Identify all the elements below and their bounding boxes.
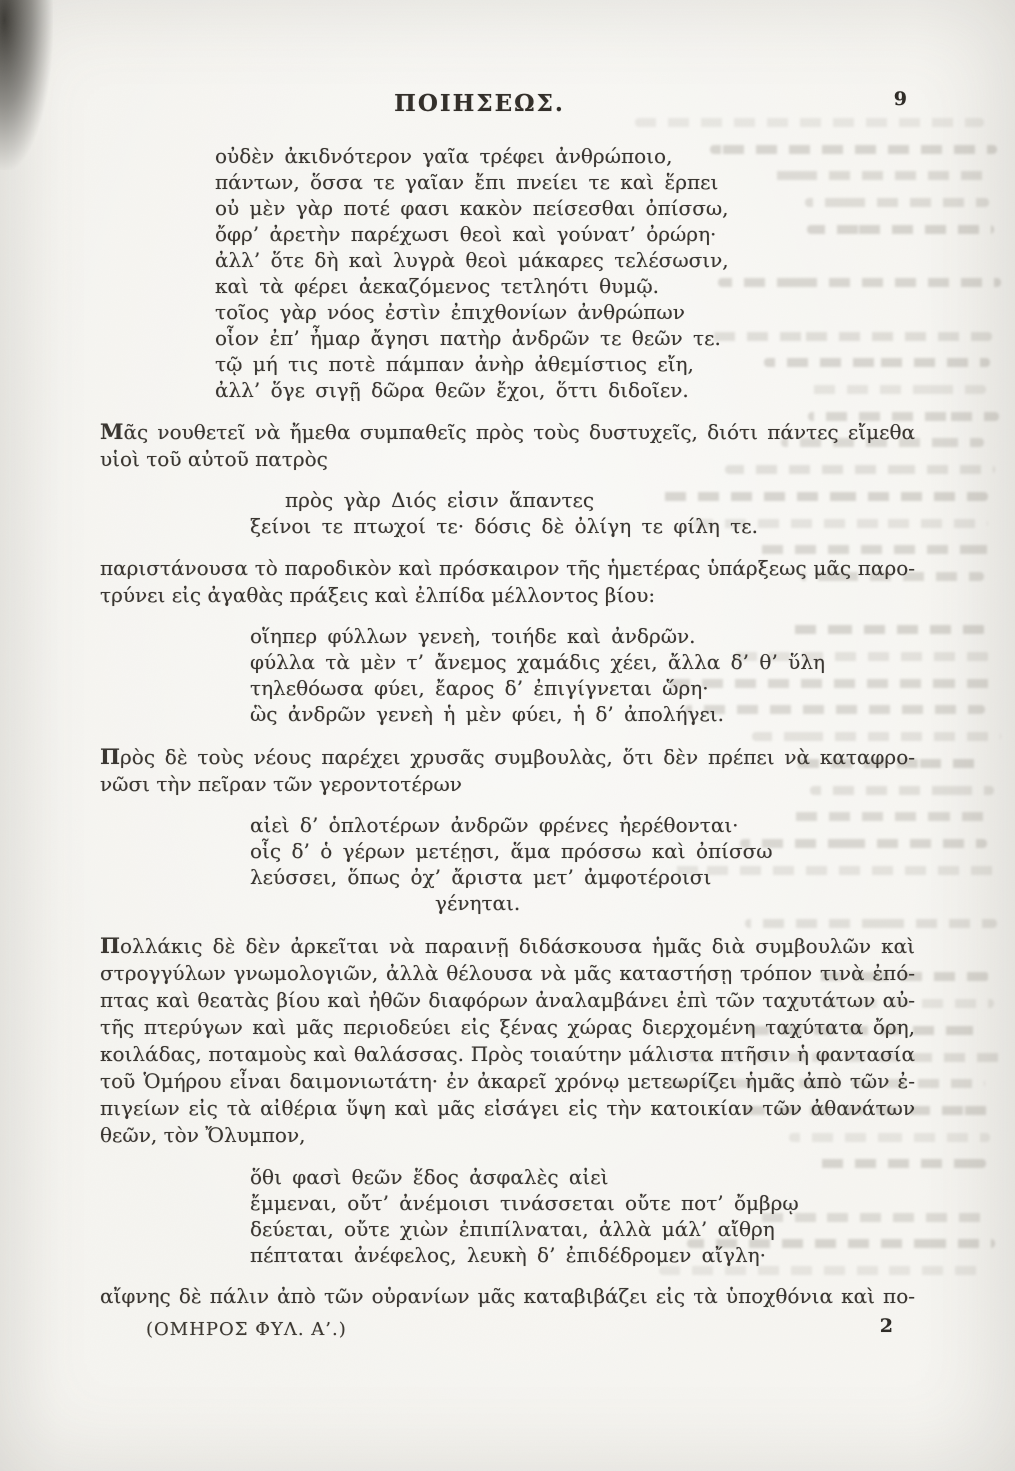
verse-line: οἷς δ’ ὁ γέρων μετέῃσι, ἅμα πρόσσω καὶ ὀ…	[250, 838, 915, 864]
prose-line: Πρὸς δὲ τοὺς νέους παρέχει χρυσᾶς συμβου…	[100, 743, 915, 771]
prose-line: θεῶν, τὸν Ὄλυμπον,	[100, 1122, 915, 1149]
prose-line: στρογγύλων γνωμολογιῶν, ἀλλὰ θέλουσα νὰ …	[100, 960, 915, 987]
prose-line: πιγείων εἰς τὰ αἰθέρια ὕψη καὶ μᾶς εἰσάγ…	[100, 1095, 915, 1122]
prose-line: παριστάνουσα τὸ παροδικὸν καὶ πρόσκαιρον…	[100, 555, 915, 582]
prose-paragraph: παριστάνουσα τὸ παροδικὸν καὶ πρόσκαιρον…	[100, 555, 915, 609]
verse-line: τοῖος γὰρ νόος ἐστὶν ἐπιχθονίων ἀνθρώπων	[215, 299, 915, 325]
verse-line: ἔμμεναι, οὔτ’ ἀνέμοισι τινάσσεται οὔτε π…	[250, 1190, 915, 1216]
verse-line: ὣς ἀνδρῶν γενεὴ ἡ μὲν φύει, ἡ δ’ ἀπολήγε…	[250, 701, 915, 727]
verse-line: φύλλα τὰ μὲν τ’ ἄνεμος χαμάδις χέει, ἄλλ…	[250, 649, 915, 675]
sheet-number: 2	[880, 1315, 893, 1337]
verse-block-couplet: πρὸς γὰρ Διός εἰσιν ἅπαντες ξείνοι τε πτ…	[100, 487, 915, 539]
page-number: 9	[894, 88, 907, 110]
prose-paragraph: Πολλάκις δὲ δὲν ἀρκεῖται νὰ παραινῇ διδά…	[100, 932, 915, 1149]
verse-line: ὅθι φασὶ θεῶν ἕδος ἀσφαλὲς αἰεὶ	[250, 1164, 915, 1190]
prose-line: Μᾶς νουθετεῖ νὰ ἤμεθα συμπαθεῖς πρὸς τοὺ…	[100, 418, 915, 446]
prose-line: τῆς πτερύγων καὶ μᾶς περιοδεύει εἰς ξένα…	[100, 1014, 915, 1041]
scan-corner-blotch	[0, 0, 53, 170]
verse-line: γένηται.	[435, 890, 915, 916]
page-footer: (ΟΜΗΡΟΣ ΦΥΛ. Α’.) 2	[100, 1319, 915, 1347]
verse-line: λεύσσει, ὅπως ὀχ’ ἄριστα μετ’ ἀμφοτέροισ…	[250, 864, 915, 890]
prose-paragraph: Πρὸς δὲ τοὺς νέους παρέχει χρυσᾶς συμβου…	[100, 743, 915, 798]
prose-line: Πολλάκις δὲ δὲν ἀρκεῖται νὰ παραινῇ διδά…	[100, 932, 915, 960]
prose-line: τρύνει εἰς ἀγαθὰς πράξεις καὶ ἐλπίδα μέλ…	[100, 582, 915, 609]
verse-line: οἵηπερ φύλλων γενεὴ, τοιήδε καὶ ἀνδρῶν.	[250, 623, 915, 649]
verse-line: πέπταται ἀνέφελος, λευκὴ δ’ ἐπιδέδρομεν …	[250, 1242, 915, 1268]
verse-line: οἷον ἐπ’ ἦμαρ ἄγησι πατὴρ ἀνδρῶν τε θεῶν…	[215, 325, 915, 351]
verse-line: δεύεται, οὔτε χιὼν ἐπιπίλναται, ἀλλὰ μάλ…	[250, 1216, 915, 1242]
prose-paragraph: αἴφνης δὲ πάλιν ἀπὸ τῶν οὐρανίων μᾶς κατ…	[100, 1283, 915, 1310]
prose-line: νῶσι τὴν πεῖραν τῶν γεροντοτέρων	[100, 771, 915, 798]
verse-line: καὶ τὰ φέρει ἀεκαζόμενος τετληότι θυμῷ.	[215, 273, 915, 299]
prose-paragraph: Μᾶς νουθετεῖ νὰ ἤμεθα συμπαθεῖς πρὸς τοὺ…	[100, 418, 915, 473]
text-column: ΠΟΙΗΣΕΩΣ. 9 οὐδὲν ἀκιδνότερον γαῖα τρέφε…	[100, 0, 915, 1347]
prose-line: πτας καὶ θεατὰς βίου καὶ ἠθῶν διαφόρων ἀ…	[100, 987, 915, 1014]
verse-block-leaves: οἵηπερ φύλλων γενεὴ, τοιήδε καὶ ἀνδρῶν. …	[100, 623, 915, 727]
prose-line: κοιλάδας, ποταμοὺς καὶ θαλάσσας. Πρὸς το…	[100, 1041, 915, 1068]
verse-line: ὄφρ’ ἀρετὴν παρέχωσι θεοὶ καὶ γούνατ’ ὀρ…	[215, 221, 915, 247]
verse-line: οὐ μὲν γὰρ ποτέ φασι κακὸν πείσεσθαι ὀπί…	[215, 195, 915, 221]
prose-line: αἴφνης δὲ πάλιν ἀπὸ τῶν οὐρανίων μᾶς κατ…	[100, 1283, 915, 1310]
verse-line: τηλεθόωσα φύει, ἔαρος δ’ ἐπιγίγνεται ὥρη…	[250, 675, 915, 701]
page-title: ΠΟΙΗΣΕΩΣ.	[394, 90, 565, 117]
verse-line: ξείνοι τε πτωχοί τε· δόσις δὲ ὀλίγη τε φ…	[250, 513, 915, 539]
verse-line: ἀλλ’ ὅγε σιγῇ δῶρα θεῶν ἔχοι, ὅττι διδοῖ…	[215, 377, 915, 403]
prose-line: τοῦ Ὁμήρου εἶναι δαιμονιωτάτη· ἐν ἀκαρεῖ…	[100, 1068, 915, 1095]
verse-line: αἰεὶ δ’ ὁπλοτέρων ἀνδρῶν φρένες ἠερέθοντ…	[250, 812, 915, 838]
verse-block-hesiod: οὐδὲν ἀκιδνότερον γαῖα τρέφει ἀνθρώποιο,…	[100, 143, 915, 403]
verse-line: ἀλλ’ ὅτε δὴ καὶ λυγρὰ θεοὶ μάκαρες τελέσ…	[215, 247, 915, 273]
verse-line: πρὸς γὰρ Διός εἰσιν ἅπαντες	[285, 487, 915, 513]
verse-block-olympus: ὅθι φασὶ θεῶν ἕδος ἀσφαλὲς αἰεὶ ἔμμεναι,…	[100, 1164, 915, 1268]
verse-line: πάντων, ὅσσα τε γαῖαν ἔπι πνείει τε καὶ …	[215, 169, 915, 195]
running-header: ΠΟΙΗΣΕΩΣ. 9	[100, 90, 915, 116]
verse-block-elders: αἰεὶ δ’ ὁπλοτέρων ἀνδρῶν φρένες ἠερέθοντ…	[100, 812, 915, 916]
verse-line: οὐδὲν ἀκιδνότερον γαῖα τρέφει ἀνθρώποιο,	[215, 143, 915, 169]
book-page-scan: ΠΟΙΗΣΕΩΣ. 9 οὐδὲν ἀκιδνότερον γαῖα τρέφε…	[0, 0, 1015, 1471]
footer-signature: (ΟΜΗΡΟΣ ΦΥΛ. Α’.)	[146, 1319, 347, 1340]
prose-line: υἱοὶ τοῦ αὐτοῦ πατρὸς	[100, 446, 915, 473]
verse-line: τῷ μή τις ποτὲ πάμπαν ἀνὴρ ἀθεμίστιος εἴ…	[215, 351, 915, 377]
